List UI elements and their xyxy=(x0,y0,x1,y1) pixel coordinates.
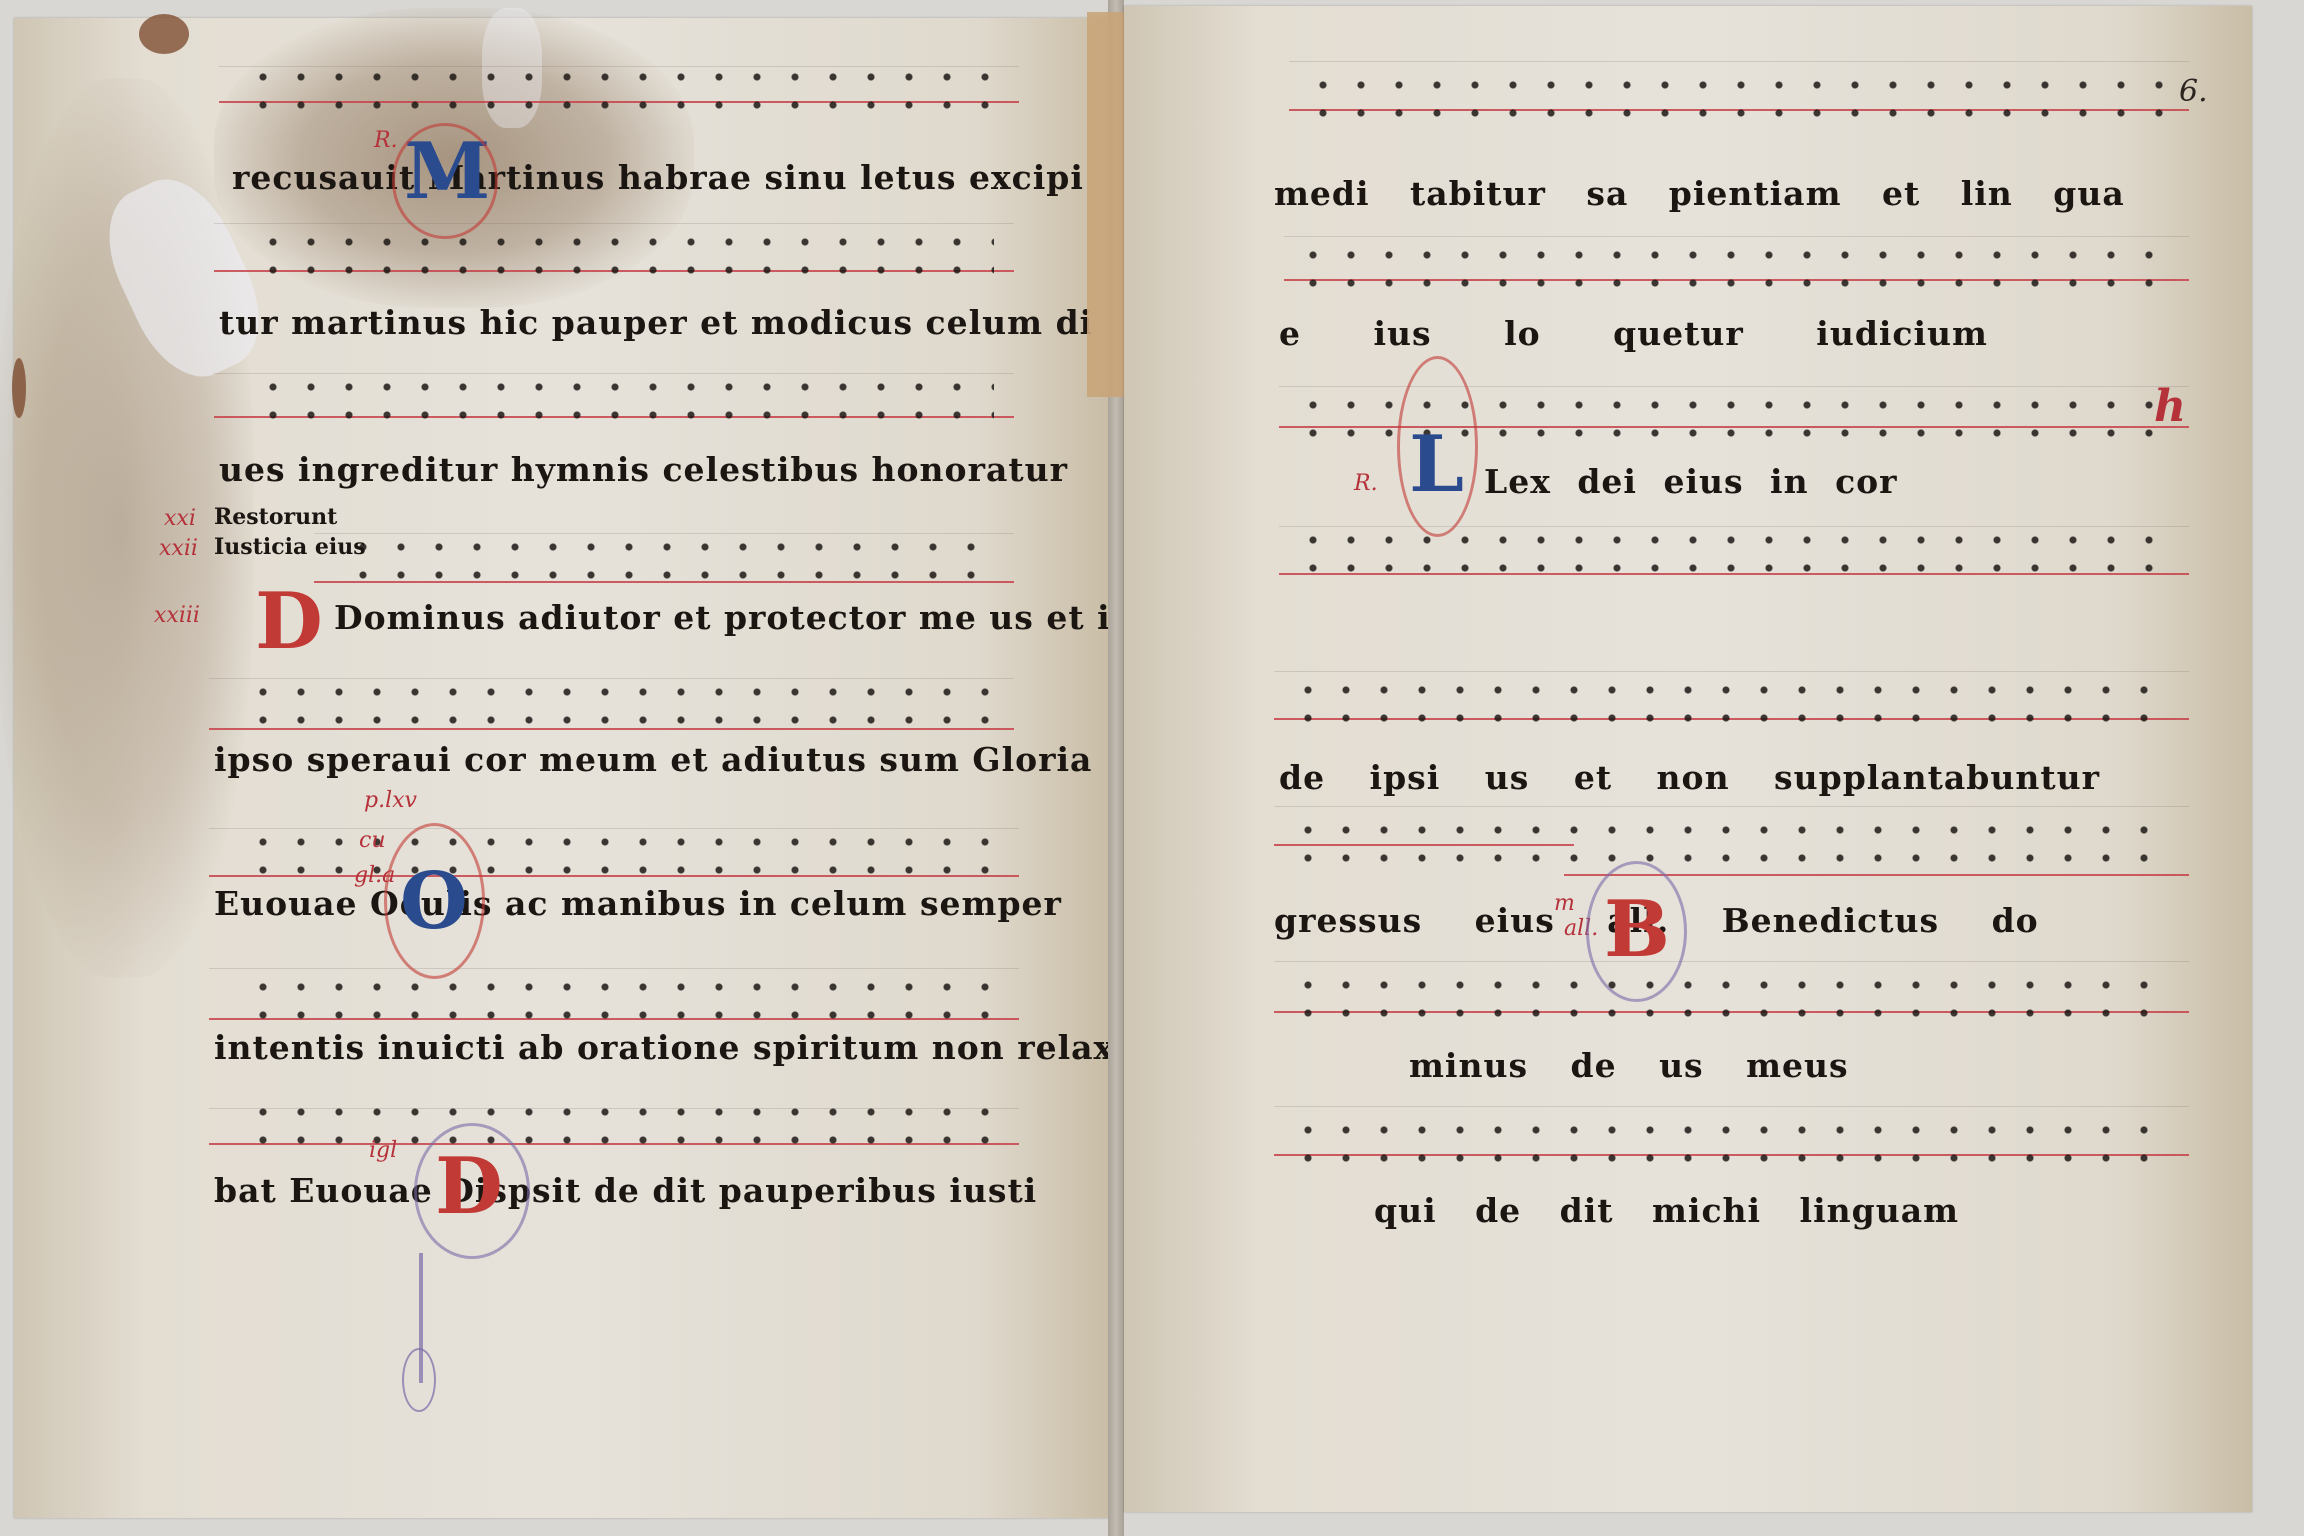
neumes xyxy=(344,523,1004,583)
stain-spot xyxy=(12,358,26,418)
initial-flourish xyxy=(384,823,485,979)
decorated-initial-o: O xyxy=(399,863,469,953)
staff-line xyxy=(209,728,1014,730)
neumes xyxy=(254,218,994,278)
neumes xyxy=(1289,961,2174,1021)
chant-text-line: ipso speraui cor meum et adiutus sum Glo… xyxy=(214,740,1092,779)
rubric-mark: R. xyxy=(1354,471,1378,496)
rubric-mark: m xyxy=(1554,891,1575,916)
margin-numeral: xxiii xyxy=(154,603,200,628)
initial-letter: D xyxy=(255,576,323,667)
folio-number: 6. xyxy=(2179,74,2208,109)
neumes xyxy=(244,1088,1004,1148)
initial-flourish xyxy=(1586,861,1687,1002)
decorated-initial-m: M xyxy=(404,133,484,223)
chant-text-line: medi tabitur sa pientiam et lin gua xyxy=(1274,174,2125,213)
neumes xyxy=(1294,231,2174,291)
chant-text-line: ues ingreditur hymnis celestibus honorat… xyxy=(219,450,1068,489)
rubric-mark: cu xyxy=(359,828,386,853)
chant-text-line: qui de dit michi linguam xyxy=(1374,1191,1959,1230)
chant-text-line: recusauit Martinus habrae sinu letus exc… xyxy=(232,158,1084,197)
chant-text-line: bat Euouae Dispsit de dit pauperibus ius… xyxy=(214,1171,1037,1210)
margin-incipit: Restorunt xyxy=(214,504,337,530)
right-manuscript-page: 6. h medi tabitur sa pientiam et lin gua… xyxy=(1124,6,2252,1512)
neumes xyxy=(244,668,1004,728)
decorated-initial-b: B xyxy=(1604,891,1664,981)
chant-text-line: Dominus adiutor et protector me us et in xyxy=(334,598,1136,637)
rubric-mark: p.lxv xyxy=(364,788,417,813)
initial-flourish xyxy=(1397,356,1478,537)
neumes xyxy=(244,963,1004,1023)
neumes xyxy=(1289,666,2174,726)
rubric-mark: igl xyxy=(369,1138,397,1163)
margin-numeral: xxii xyxy=(159,536,198,561)
chant-text-line: Euouae Oculis ac manibus in celum semper xyxy=(214,884,1062,923)
initial-tail-loop xyxy=(402,1348,436,1412)
chant-text-line: tur martinus hic pauper et modicus celum… xyxy=(219,303,1093,342)
margin-incipit: Iusticia eius xyxy=(214,534,366,560)
decorated-initial-d: D xyxy=(434,1148,504,1238)
chant-text-line: intentis inuicti ab oratione spiritum no… xyxy=(214,1028,1137,1067)
chant-text-line: e ius lo quetur iudicium xyxy=(1279,314,1988,353)
rubric-mark: R. xyxy=(374,128,398,153)
neumes xyxy=(254,363,994,423)
initial-flourish xyxy=(392,123,498,239)
decorated-initial-l: L xyxy=(1409,426,1464,516)
chant-text-line: minus de us meus xyxy=(1409,1046,1849,1085)
neumes xyxy=(1289,1106,2174,1166)
chant-text-line: Lex dei eius in cor xyxy=(1484,462,1898,501)
neumes xyxy=(1304,61,2164,121)
chant-text-line: de ipsi us et non supplantabuntur xyxy=(1279,758,2100,797)
neumes xyxy=(244,53,1004,113)
stain-spot xyxy=(139,14,189,54)
margin-numeral: xxi xyxy=(164,506,196,531)
initial-flourish xyxy=(414,1123,530,1259)
neumes xyxy=(1289,806,2174,866)
left-manuscript-page: recusauit Martinus habrae sinu letus exc… xyxy=(14,18,1110,1518)
decorated-initial-d: D xyxy=(254,583,324,673)
